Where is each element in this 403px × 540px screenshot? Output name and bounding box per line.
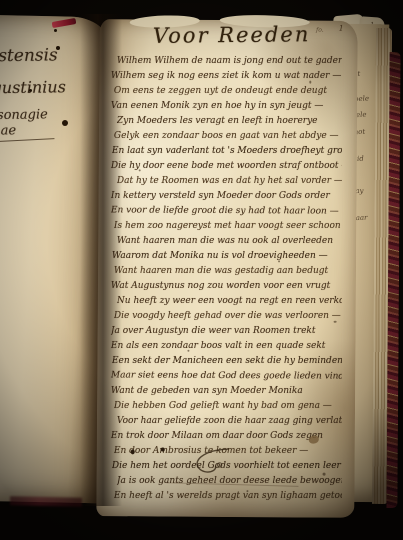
folio-number: 1	[339, 24, 344, 33]
manuscript-text-block: Wilhem Wilhem de naam is jong end out te…	[111, 54, 342, 504]
left-page-text-fragment: sonagie	[0, 107, 48, 123]
open-manuscript-book: stensis gustinius sonagie ae 1 nt Voele …	[0, 0, 403, 540]
cover-edge-bottom	[10, 496, 82, 507]
manuscript-line: Wilhem Wilhem de naam is jong end out te…	[117, 54, 342, 69]
manuscript-line: Ja over Augustyn die weer van Roomen tre…	[111, 324, 342, 339]
left-page-text-fragment: stensis	[0, 45, 58, 66]
ink-blot	[54, 29, 57, 32]
manuscript-line: Van eenen Monik zyn en hoe hy in syn jeu…	[111, 99, 342, 114]
ink-blot	[161, 448, 165, 452]
manuscript-line: Voor haar geliefde zoon die haar zaag gi…	[117, 414, 342, 429]
manuscript-line: Nu heeft zy weer een voogt na regt en re…	[117, 294, 342, 309]
ink-blot	[29, 89, 32, 92]
manuscript-line: Dat hy te Roomen was en dat hy het sal v…	[117, 174, 342, 189]
manuscript-line: Een sekt der Manicheen een sekt die hy b…	[112, 354, 342, 369]
manuscript-line: En voor de liefde groot die sy had tot h…	[111, 203, 342, 219]
manuscript-line: Maar siet eens hoe dat God dees goede li…	[111, 368, 342, 384]
manuscript-line: Die hebben God gelieft want hy bad om ge…	[114, 399, 342, 414]
manuscript-line: En trok door Milaan om daar door Gods ze…	[111, 429, 342, 444]
manuscript-line: En als een zondaar boos valt in een quad…	[111, 339, 342, 354]
speck	[187, 350, 189, 352]
speck	[323, 473, 326, 476]
manuscript-line: Wat Augustynus nog zou worden voor een v…	[111, 279, 342, 294]
manuscript-line: Want haaren man die was gestadig aan bed…	[114, 264, 342, 279]
ink-blot	[62, 120, 68, 126]
book-gutter-shadow	[80, 14, 122, 506]
manuscript-line: Gelyk een zondaar boos en gaat van het a…	[114, 129, 342, 144]
manuscript-line: Zyn Moeders les veragt en leeft in hoere…	[117, 114, 342, 129]
left-page-text-fragment: gustinius	[0, 77, 66, 97]
manuscript-line: En heeft al 's werelds pragt van syn lig…	[114, 489, 342, 504]
speck	[334, 321, 337, 323]
manuscript-line: Die voogdy heeft gehad over die was verl…	[114, 309, 342, 324]
manuscript-line: Want haaren man die was nu ook al overle…	[117, 234, 342, 249]
manuscript-line: Want de gebeden van syn Moeder Monika	[111, 384, 342, 399]
marbled-cover-edge	[386, 52, 400, 508]
pen-underline	[0, 138, 54, 142]
manuscript-line: Die hy door eene bode met woorden straf …	[111, 159, 342, 174]
speck	[139, 169, 141, 171]
manuscript-line: Is hem zoo nagereyst met haar voogt seer…	[114, 219, 342, 234]
pen-flourish	[189, 446, 235, 476]
right-page: fo. 1 Voor Reeden Wilhem Wilhem de naam …	[96, 19, 357, 518]
left-page-text-fragment: ae	[1, 123, 17, 138]
manuscript-line: En laat syn vaderlant tot 's Moeders dro…	[112, 144, 342, 159]
manuscript-line: Wilhem seg ik nog eens ziet ik kom u wat…	[111, 69, 342, 84]
manuscript-line: Waarom dat Monika nu is vol droevigheede…	[112, 249, 342, 264]
manuscript-line: Ja is ook gants geheel door deese leede …	[117, 474, 342, 489]
manuscript-line: In kettery versteld syn Moeder door Gods…	[111, 189, 342, 204]
speck	[309, 81, 311, 84]
manuscript-line: Om eens te zeggen uyt de ondeugt ende de…	[114, 84, 342, 99]
speck	[246, 490, 248, 492]
speck	[278, 260, 280, 262]
ink-blot	[56, 46, 60, 50]
page-title: Voor Reeden	[134, 22, 330, 48]
ink-blot	[131, 449, 135, 454]
